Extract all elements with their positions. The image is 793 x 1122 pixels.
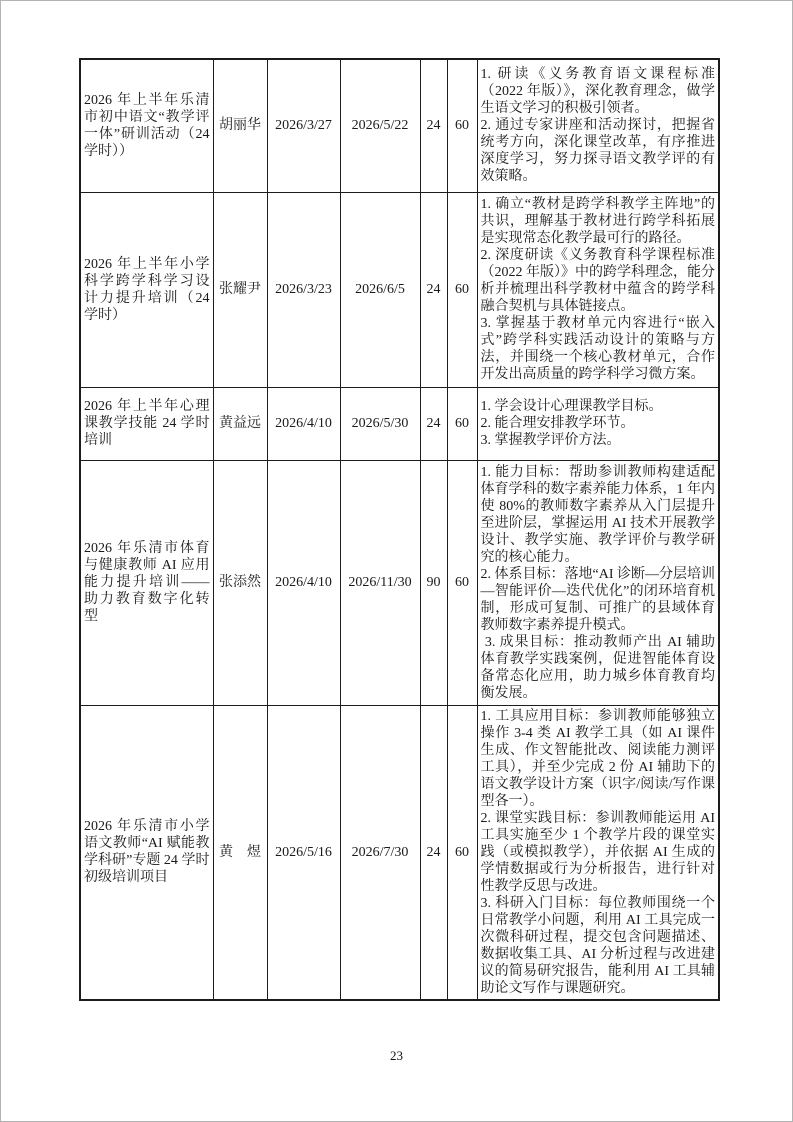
- training-goals: 1. 工具应用目标：参训教师能够独立操作 3-4 类 AI 教学工具（如 AI …: [477, 705, 719, 1000]
- training-plan-table: 2026 年上半年乐清市初中语文“教学评一体”研训活动（24 学时）） 胡丽华 …: [79, 58, 720, 1001]
- teacher-name: 黄 煜: [213, 705, 267, 1000]
- table-row: 2026 年乐清市体育与健康教师 AI 应用能力提升培训——助力教育数字化转型 …: [80, 460, 719, 705]
- teacher-name: 胡丽华: [213, 59, 267, 192]
- end-date: 2026/5/30: [340, 387, 420, 460]
- teacher-name: 张添然: [213, 460, 267, 705]
- participant-quota: 60: [447, 192, 477, 387]
- end-date: 2026/7/30: [340, 705, 420, 1000]
- project-title: 2026 年上半年小学科学跨学科学习设计力提升培训（24 学时）: [80, 192, 213, 387]
- participant-quota: 60: [447, 387, 477, 460]
- participant-quota: 60: [447, 59, 477, 192]
- training-goals: 1. 学会设计心理课教学目标。 2. 能合理安排教学环节。 3. 掌握教学评价方…: [477, 387, 719, 460]
- table-row: 2026 年上半年乐清市初中语文“教学评一体”研训活动（24 学时）） 胡丽华 …: [80, 59, 719, 192]
- start-date: 2026/4/10: [267, 460, 340, 705]
- teacher-name: 张耀尹: [213, 192, 267, 387]
- table-row: 2026 年乐清市小学语文教师“AI 赋能教学科研”专题 24 学时初级培训项目…: [80, 705, 719, 1000]
- participant-quota: 60: [447, 460, 477, 705]
- training-goals: 1. 确立“教材是跨学科教学主阵地”的共识，理解基于教材进行跨学科拓展是实现常态…: [477, 192, 719, 387]
- training-goals: 1. 能力目标：帮助参训教师构建适配体育学科的数字素养能力体系，1 年内使 80…: [477, 460, 719, 705]
- start-date: 2026/5/16: [267, 705, 340, 1000]
- training-goals: 1. 研读《义务教育语文课程标准（2022 年版）》，深化教育理念，做学生语文学…: [477, 59, 719, 192]
- credit-hours: 24: [420, 705, 447, 1000]
- start-date: 2026/3/27: [267, 59, 340, 192]
- credit-hours: 24: [420, 192, 447, 387]
- end-date: 2026/11/30: [340, 460, 420, 705]
- table-row: 2026 年上半年心理课教学技能 24 学时培训 黄益远 2026/4/10 2…: [80, 387, 719, 460]
- credit-hours: 24: [420, 59, 447, 192]
- credit-hours: 24: [420, 387, 447, 460]
- participant-quota: 60: [447, 705, 477, 1000]
- project-title: 2026 年上半年乐清市初中语文“教学评一体”研训活动（24 学时））: [80, 59, 213, 192]
- end-date: 2026/6/5: [340, 192, 420, 387]
- document-page: 2026 年上半年乐清市初中语文“教学评一体”研训活动（24 学时）） 胡丽华 …: [0, 0, 793, 1122]
- project-title: 2026 年乐清市体育与健康教师 AI 应用能力提升培训——助力教育数字化转型: [80, 460, 213, 705]
- page-number: 23: [1, 1048, 792, 1064]
- end-date: 2026/5/22: [340, 59, 420, 192]
- credit-hours: 90: [420, 460, 447, 705]
- start-date: 2026/3/23: [267, 192, 340, 387]
- teacher-name: 黄益远: [213, 387, 267, 460]
- project-title: 2026 年乐清市小学语文教师“AI 赋能教学科研”专题 24 学时初级培训项目: [80, 705, 213, 1000]
- project-title: 2026 年上半年心理课教学技能 24 学时培训: [80, 387, 213, 460]
- start-date: 2026/4/10: [267, 387, 340, 460]
- table-row: 2026 年上半年小学科学跨学科学习设计力提升培训（24 学时） 张耀尹 202…: [80, 192, 719, 387]
